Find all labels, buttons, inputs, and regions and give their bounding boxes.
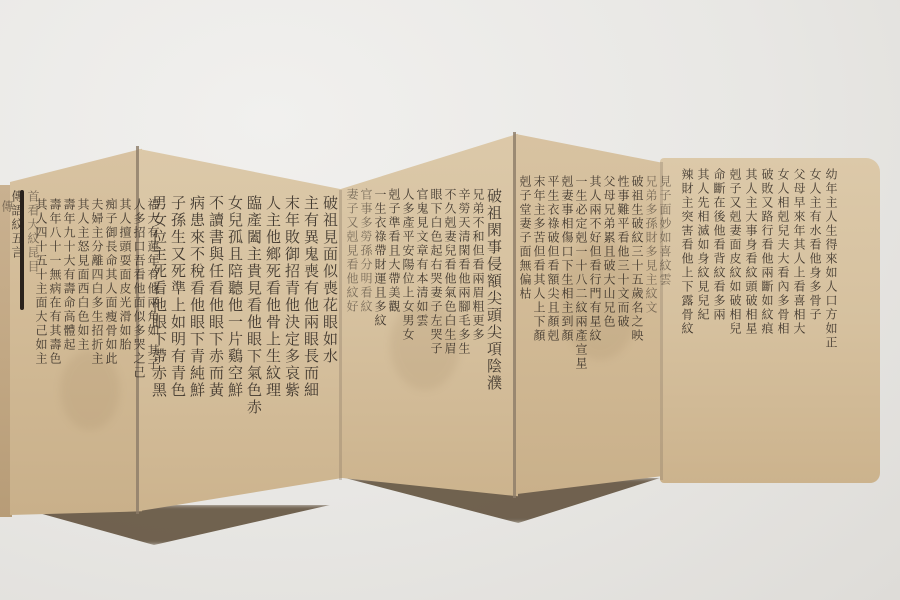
text-column: 幼年主人生得來如人口方如正	[824, 168, 837, 350]
text-column: 其人兩不好但看行門有星紋	[588, 175, 601, 371]
text-column: 末年敗御招青他決定多哀紫	[283, 195, 300, 416]
text-column: 人多產平安陽位上女男女	[401, 188, 414, 392]
text-column: 其人主大事身看紋頭破相星	[744, 168, 757, 350]
text-column: 破敗又路行看他兩斷如紋痕	[760, 168, 773, 350]
text-column: 主有異鬼喪有他兩眼長而細	[302, 195, 319, 416]
fold-crease-2	[339, 190, 342, 480]
text-column: 人多招口吾看他面似多哭之己	[132, 198, 145, 380]
panel-f-text: 幼年主人生得來如人口方如正 女人主有水看他身多骨子 父母早來年其人上看喜相大 女…	[680, 168, 837, 350]
text-column: 父母兄弟累且破大山兄色	[602, 175, 615, 371]
panel-e-text: 見子面妙如喜紋雲 兄弟多孫財多見主紋文 破祖生破紋三十五歲名之映 性事難平看他三…	[518, 175, 671, 371]
text-column: 不讀書與任看他眼下赤而黃	[207, 195, 224, 416]
text-column: 命斷在後他看背紋看多兩	[712, 168, 725, 350]
text-column: 男女位主死看他眼下帶赤黑	[150, 195, 167, 416]
text-column: 一生衣祿帶財運且多紋	[373, 188, 386, 392]
text-column: 子孫生又死準上如明有青色	[169, 195, 186, 416]
text-column: 人主他鄉死看他骨上生紋理	[264, 195, 281, 416]
panel-d-text: 破祖閑事侵額尖頭尖項陰濮 兄弟不和但看兩眉粗更多 辛勞天清閑看他兩腳毛多生 不久…	[345, 188, 502, 392]
text-column: 其人四十五十主面大己如主	[34, 198, 47, 380]
text-column: 官事多勞孫分明看紋	[359, 188, 372, 392]
text-column: 官鬼見文章有本清如雲	[415, 188, 428, 392]
text-column: 剋妻事相傷口下生相主到顏	[560, 175, 573, 371]
panel-b-text: 福大有蓮年有他兩角如 其子 人多招口吾看他面似多哭之己 其人擅頭耍面皮光滑如胎 …	[34, 198, 159, 380]
text-column: 妻子又剋見看他紋好	[345, 188, 358, 392]
text-column: 傳語紋五言	[10, 190, 23, 274]
text-column: 破祖見面似喪花眼如水	[321, 195, 338, 416]
text-column: 剋子準看且大帶美觀	[387, 188, 400, 392]
text-column: 辛勞天清閑看他兩腳毛多生	[457, 188, 470, 392]
text-column: 父母早來年其人上看喜相大	[792, 168, 805, 350]
text-column: 女兒孤且陪聽他一片鷄空鮮	[226, 195, 243, 416]
text-column: 一生必定剋一十八二紋兩產宣星	[574, 175, 587, 371]
text-column: 剋子堂妻子面無偏枯	[518, 175, 531, 371]
text-column: 病患來不稅看他眼下青純鮮	[188, 195, 205, 416]
text-column: 臨產闔主貴見看他眼下氣色赤	[245, 195, 262, 416]
text-column: 見子面妙如喜紋雲	[658, 175, 671, 371]
fold-crease-3	[513, 132, 516, 498]
text-column: 壽年九十大有壽命高體起	[62, 198, 75, 380]
text-column: 夫婦主分離四白多生招折主	[90, 198, 103, 380]
text-column: 眼下白色起右哭妻子左哭子	[429, 188, 442, 392]
text-column: 女人相剋兒夫大看內多骨相	[776, 168, 789, 350]
text-column: 女人主有水看他身多骨子	[808, 168, 821, 350]
text-column: 其人先相滅如身紋見兒紀	[696, 168, 709, 350]
text-column: 其人主怒見面西白色如主	[76, 198, 89, 380]
text-column: 破祖閑事侵額尖頭尖項陰濮	[485, 188, 502, 392]
text-column: 其人擅頭耍面皮光滑如胎	[118, 198, 131, 380]
panel-c-text: 破祖見面似喪花眼如水 主有異鬼喪有他兩眼長而細 末年敗御招青他決定多哀紫 人主他…	[150, 195, 338, 416]
text-column: 平生衣祿破但看額尖且顏剋	[546, 175, 559, 371]
text-column: 痴子御長命其人面瘦骨如此	[104, 198, 117, 380]
text-column: 壽年八十一無病在有其壽色	[48, 198, 61, 380]
text-column: 破祖生破紋三十五歲名之映	[630, 175, 643, 371]
text-column: 兄弟不和但看兩眉粗更多	[471, 188, 484, 392]
text-column: 兄弟多孫財多見主紋文	[644, 175, 657, 371]
text-column: 剋子又剋妻面皮紋如破相兒	[728, 168, 741, 350]
text-column: 辣財主突害看他上下露骨紋	[680, 168, 693, 350]
text-column: 性事難平看他三十文而破	[616, 175, 629, 371]
text-column: 末年主多苦但看其人上下顏	[532, 175, 545, 371]
text-column: 不久剋妻兒看他氣色白生眉	[443, 188, 456, 392]
